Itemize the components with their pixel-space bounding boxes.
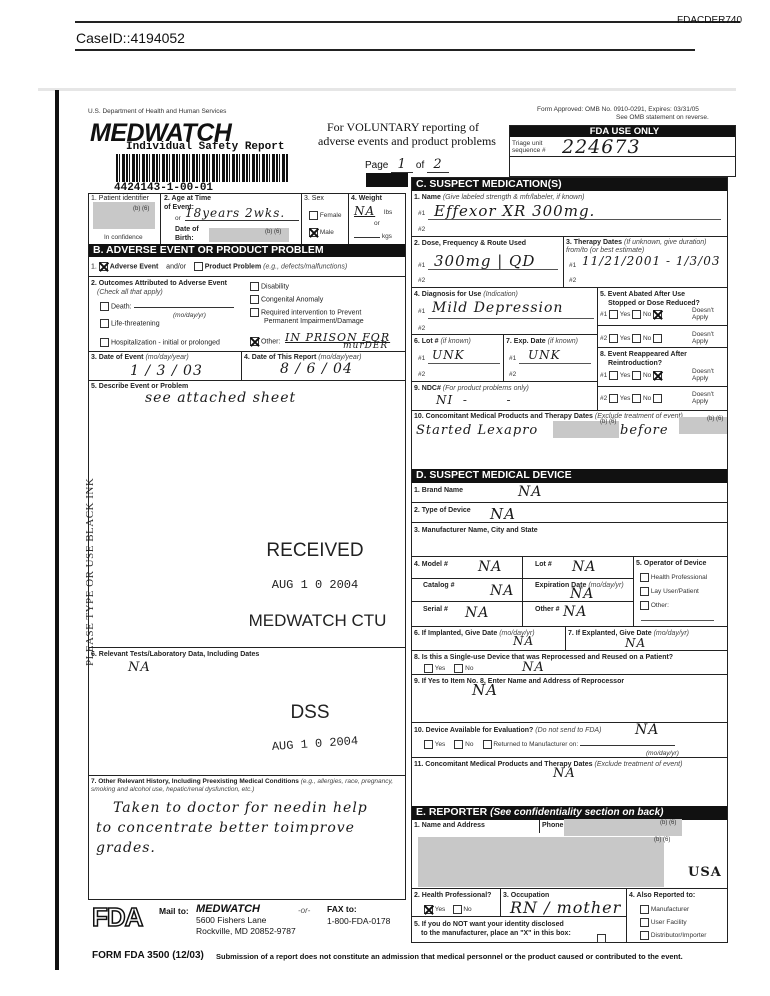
address-line-2: Rockville, MD 20852-9787 [196, 926, 296, 936]
also-user-facility-checkbox[interactable] [640, 918, 649, 927]
underline [428, 219, 721, 220]
divider [412, 236, 727, 237]
divider [89, 351, 405, 352]
divider [500, 888, 501, 916]
implanted-value: NA [513, 634, 534, 648]
outcome-hospitalization[interactable]: Hospitalization - initial or prolonged [100, 338, 220, 347]
page-label: Page [365, 160, 388, 171]
single-use-value: NA [522, 660, 545, 675]
device-type-label: 2. Type of Device [414, 506, 471, 515]
concomitant-redaction-label-1: (b) (6) [600, 419, 616, 425]
explanted-value: NA [625, 636, 646, 650]
therapy-label: 3. Therapy Dates (If unknown, give durat… [566, 239, 726, 254]
page-of-label: of [416, 160, 424, 171]
other-number-label: Other # [535, 605, 560, 614]
abated-label: 5. Event Abated After UseStopped or Dose… [600, 290, 700, 308]
reporter-name-label: 1. Name and Address [414, 821, 485, 830]
redaction-block-header [366, 173, 408, 187]
life-threatening-checkbox[interactable] [100, 319, 109, 328]
abated-1-yes[interactable] [609, 310, 618, 319]
returned-hint: (mo/day/yr) [646, 750, 679, 757]
scan-left-edge [55, 90, 59, 970]
divider [633, 556, 634, 626]
exp-label: 7. Exp. Date (if known) [506, 337, 578, 346]
underline [428, 363, 500, 364]
header-rule-top [75, 21, 740, 23]
lot-n1: #1 [418, 355, 425, 362]
underline [641, 620, 714, 621]
stamp-received-date: AUG 1 0 2004 [245, 578, 385, 592]
other-value-2: murDER [343, 341, 388, 351]
history-line-3: grades. [96, 840, 156, 856]
footer-medwatch-logo: MEDWATCH [196, 903, 260, 915]
page-indicator: Page 1 of 2 [365, 157, 449, 173]
divider [301, 194, 302, 244]
date-event-label: 3. Date of Event (mo/day/year) [91, 353, 189, 362]
section-e-title: E. REPORTER (See confidentiality section… [412, 806, 727, 820]
divider [412, 556, 727, 557]
divider [241, 351, 242, 380]
section-b-title: B. ADVERSE EVENT OR PRODUCT PROBLEM [89, 244, 405, 257]
catalog-value: NA [490, 583, 514, 599]
sex-female-checkbox[interactable] [309, 211, 318, 220]
history-line-2: to concentrate better toimprove [96, 820, 355, 836]
stamp-received: RECEIVED [240, 540, 390, 562]
abated-2-doesnt-apply-label: Doesn't Apply [692, 331, 722, 345]
lot-1: UNK [432, 348, 465, 362]
manufacturer-label: 3. Manufacturer Name, City and State [414, 526, 538, 535]
disclaimer: Submission of a report does not constitu… [216, 952, 683, 961]
also-manufacturer-checkbox[interactable] [640, 905, 649, 914]
outcome-required-intervention[interactable]: Required intervention to Prevent Permane… [250, 308, 364, 326]
reappeared-2-doesnt-apply-label: Doesn't Apply [692, 391, 722, 405]
outcome-life-threatening[interactable]: Life-threatening [100, 319, 160, 328]
also-distributor-checkbox[interactable] [640, 931, 649, 940]
available-no[interactable] [454, 740, 463, 749]
divider [503, 334, 504, 381]
agency-name: U.S. Department of Health and Human Serv… [88, 108, 226, 115]
divider [412, 522, 727, 523]
med-name-n1: #1 [418, 210, 425, 217]
expiration-value: NA [570, 586, 594, 602]
history-label: 7. Other Relevant History, Including Pre… [91, 778, 403, 793]
diagnosis-1: Mild Depression [432, 300, 563, 316]
single-use-options: Yes No [424, 664, 473, 673]
operator-health-option[interactable]: Health Professional [640, 573, 707, 582]
identity-checkbox[interactable] [597, 934, 606, 943]
divider [412, 888, 727, 889]
divider [412, 502, 727, 503]
health-prof-options: Yes No [424, 905, 472, 914]
address-redaction-label: (b) (6) [654, 837, 670, 843]
country-value: USA [688, 865, 722, 880]
page-number: 1 [391, 157, 413, 173]
occupation-value: RN / mother [510, 898, 621, 917]
divider [89, 647, 405, 648]
divider [522, 556, 523, 626]
divider [412, 601, 633, 602]
abated-1-doesnt-apply[interactable] [653, 310, 662, 319]
divider [412, 650, 727, 651]
death-date-hint: (mo/day/yr) [173, 312, 206, 319]
ndc-value: NI - - [436, 393, 512, 407]
mail-to-label: Mail to: [159, 906, 189, 916]
disability-checkbox[interactable] [250, 282, 259, 291]
divider [412, 381, 598, 382]
exp-1: UNK [528, 348, 561, 362]
fax-label: FAX to: [327, 904, 357, 914]
triage-value: 224673 [562, 136, 641, 158]
operator-label: 5. Operator of Device [636, 559, 706, 568]
underline [428, 269, 558, 270]
abated-2-doesnt-apply[interactable] [653, 334, 662, 343]
adverse-event-checkbox[interactable] [99, 262, 108, 271]
triage-label: Triage unit sequence # [512, 140, 548, 154]
model-value: NA [478, 559, 502, 575]
available-value: NA [635, 722, 659, 738]
triage-divider [510, 156, 735, 157]
dose-n2: #2 [418, 277, 425, 284]
divider [348, 194, 349, 244]
dob-redaction-label: (b) (6) [265, 229, 281, 235]
weight-kgs: kgs [354, 233, 392, 240]
device-lot-value: NA [572, 559, 596, 575]
divider [89, 775, 405, 776]
underline [428, 318, 594, 319]
diagnosis-n2: #2 [418, 325, 425, 332]
dose-1: 300mg | QD [434, 252, 535, 270]
weight-or: or [374, 220, 380, 227]
divider [563, 236, 564, 287]
abated-2-yes[interactable] [609, 334, 618, 343]
weight-lbs: lbs [384, 209, 392, 216]
section-a: 1. Patient identifier (b) (6) In confide… [89, 194, 405, 244]
reappeared-2-doesnt-apply[interactable] [653, 394, 662, 403]
operator-health-checkbox[interactable] [640, 573, 649, 582]
divider [160, 194, 161, 244]
divider [412, 334, 598, 335]
ndc-label: 9. NDC# (For product problems only) [414, 384, 529, 393]
divider [597, 287, 598, 410]
scan-top-edge [38, 88, 736, 91]
dose-label: 2. Dose, Frequency & Route Used [414, 239, 526, 248]
death-checkbox[interactable] [100, 302, 109, 311]
single-use-no[interactable] [454, 664, 463, 673]
divider [412, 287, 727, 288]
health-prof-yes[interactable] [424, 905, 433, 914]
divider [412, 722, 727, 723]
model-label: 4. Model # [414, 560, 448, 569]
address-line-1: 5600 Fishers Lane [196, 915, 266, 925]
exp-n1: #1 [509, 355, 516, 362]
concomitant-label: 10. Concomitant Medical Products and The… [414, 412, 683, 421]
product-problem-checkbox[interactable] [194, 262, 203, 271]
reappeared-1-doesnt-apply[interactable] [653, 371, 662, 380]
divider [89, 380, 405, 381]
divider [89, 276, 405, 277]
reappeared-2-yes[interactable] [609, 394, 618, 403]
outcome-other[interactable]: Other: [250, 337, 280, 346]
divider [412, 578, 633, 579]
header-rule-bottom [75, 49, 695, 51]
date-event-value: 1 / 3 / 03 [130, 363, 203, 379]
divider [598, 386, 727, 387]
med-name-1: Effexor XR 300mg. [434, 202, 595, 220]
logo-subtitle: Individual Safety Report [126, 141, 284, 153]
history-line-1: Taken to doctor for needin help [113, 800, 368, 816]
device-lot-label: Lot # [535, 560, 552, 569]
voluntary-line-2: adverse events and product problems [318, 134, 496, 149]
reprocessor-value: NA [472, 681, 498, 699]
reappeared-label: 8. Event Reappeared AfterReintroduction? [600, 350, 687, 368]
single-use-yes[interactable] [424, 664, 433, 673]
therapy-1: 11/21/2001 - 1/3/03 [582, 254, 720, 268]
therapy-n1: #1 [569, 262, 576, 269]
date-report-value: 8 / 6 / 04 [280, 361, 353, 377]
available-options: Yes No Returned to Manufacturer on: [424, 740, 675, 749]
reappeared-1-doesnt-apply-label: Doesn't Apply [692, 368, 722, 382]
doc-code: FDACDER740 [677, 15, 742, 26]
hospitalization-checkbox[interactable] [100, 338, 109, 347]
operator-other-option[interactable]: Other: [640, 601, 669, 610]
brand-label: 1. Brand Name [414, 486, 463, 495]
reappeared-1-yes[interactable] [609, 371, 618, 380]
fda-use-only-box: FDA USE ONLY Triage unit sequence # 2246… [509, 125, 736, 177]
abated-1-no[interactable] [632, 310, 641, 319]
lot-label: 6. Lot # (if known) [414, 337, 471, 346]
divider [412, 757, 727, 758]
med-name-label: 1. Name (Give labeled strength & mfr/lab… [414, 193, 584, 202]
med-name-n2: #2 [418, 226, 425, 233]
device-type-value: NA [490, 505, 516, 523]
abated-1-doesnt-apply-label: Doesn't Apply [692, 307, 722, 321]
diagnosis-label: 4. Diagnosis for Use (Indication) [414, 290, 518, 299]
fda-logo: FDA [92, 902, 142, 933]
returned-checkbox[interactable] [483, 740, 492, 749]
therapy-n2: #2 [569, 277, 576, 284]
health-prof-no[interactable] [453, 905, 462, 914]
sex-male-option[interactable]: Male [309, 228, 334, 237]
diagnosis-n1: #1 [418, 308, 425, 315]
section-d-title: D. SUSPECT MEDICAL DEVICE [412, 469, 727, 483]
reappeared-2-no[interactable] [632, 394, 641, 403]
underline [519, 363, 591, 364]
divider [598, 325, 727, 326]
outcomes-label: 2. Outcomes Attributed to Adverse Event(… [91, 279, 241, 297]
other-checkbox[interactable] [250, 337, 259, 346]
concomitant-redaction-label-2: (b) (6) [707, 416, 723, 422]
tests-value: NA [128, 660, 151, 675]
event-type-row: 1. Adverse Event and/or Product Problem … [91, 262, 403, 271]
abated-2-no[interactable] [632, 334, 641, 343]
available-label: 10. Device Available for Evaluation? (Do… [414, 726, 601, 735]
in-confidence-label: In confidence [104, 234, 143, 241]
age-value: 18years 2wks. [185, 206, 299, 221]
serial-value: NA [465, 605, 489, 621]
identity-label: 5. If you do NOT want your identity disc… [414, 920, 571, 938]
available-yes[interactable] [424, 740, 433, 749]
phone-redaction-label: (b) (6) [660, 820, 676, 826]
age-or: or [175, 215, 181, 222]
brand-value: NA [518, 484, 542, 500]
reappeared-1-no[interactable] [632, 371, 641, 380]
weight-value: NA [354, 204, 375, 218]
voluntary-line-1: For VOLUNTARY reporting of [327, 120, 479, 135]
health-prof-label: 2. Health Professional? [414, 891, 491, 900]
stamp-medwatch-ctu: MEDWATCH CTU [235, 611, 400, 631]
divider [626, 888, 627, 943]
operator-lay-option[interactable]: Lay User/Patient [640, 587, 699, 596]
address-redacted [418, 837, 664, 887]
also-user-facility-option[interactable]: User Facility [640, 918, 687, 927]
congenital-checkbox[interactable] [250, 295, 259, 304]
stamp-dss: DSS [270, 702, 350, 724]
patient-id-redaction-label: (b) (6) [133, 206, 149, 212]
divider [412, 674, 727, 675]
divider [598, 347, 727, 348]
other-number-value: NA [563, 604, 587, 620]
weight-label: 4. Weight [351, 194, 382, 203]
case-id: CaseID::4194052 [76, 30, 185, 46]
sex-female-option[interactable]: Female [309, 211, 342, 220]
or-label: -or- [298, 906, 310, 915]
lot-n2: #2 [418, 371, 425, 378]
describe-value: see attached sheet [145, 390, 296, 406]
outcome-death[interactable]: Death: [100, 302, 234, 311]
also-manufacturer-option[interactable]: Manufacturer [640, 905, 689, 914]
exp-n2: #2 [509, 371, 516, 378]
outcome-congenital[interactable]: Congenital Anomaly [250, 295, 323, 304]
dose-n1: #1 [418, 262, 425, 269]
also-distributor-option[interactable]: Distributor/Importer [640, 931, 706, 940]
form-number: FORM FDA 3500 (12/03) [92, 950, 204, 961]
serial-label: Serial # [423, 605, 448, 614]
concomitant-value-2: before [620, 423, 669, 438]
divider [412, 626, 727, 627]
outcome-disability[interactable]: Disability [250, 282, 289, 291]
omb-line-2: See OMB statement on reverse. [616, 114, 709, 121]
also-reported-label: 4. Also Reported to: [629, 891, 695, 900]
operator-lay-checkbox[interactable] [640, 587, 649, 596]
catalog-label: Catalog # [423, 581, 455, 590]
divider [539, 820, 540, 833]
page-total: 2 [427, 157, 449, 173]
omb-line-1: Form Approved: OMB No. 0910-0291, Expire… [537, 106, 699, 113]
barcode [116, 154, 288, 182]
device-concomitant-label: 11. Concomitant Medical Products and The… [414, 760, 682, 769]
sex-male-checkbox[interactable] [309, 228, 318, 237]
divider [412, 916, 626, 917]
device-concomitant-value: NA [553, 766, 576, 781]
divider [565, 626, 566, 650]
divider [412, 410, 727, 411]
tests-label: 6. Relevant Tests/Laboratory Data, Inclu… [91, 650, 259, 659]
section-c-title: C. SUSPECT MEDICATION(S) [412, 178, 727, 191]
reprocessor-label: 9. If Yes to Item No. 8, Enter Name and … [414, 677, 624, 686]
fax-number: 1-800-FDA-0178 [327, 916, 390, 926]
operator-other-checkbox[interactable] [640, 601, 649, 610]
concomitant-value-1: Started Lexapro [416, 423, 538, 438]
sex-label: 3. Sex [304, 194, 324, 203]
required-intervention-checkbox[interactable] [250, 308, 259, 317]
